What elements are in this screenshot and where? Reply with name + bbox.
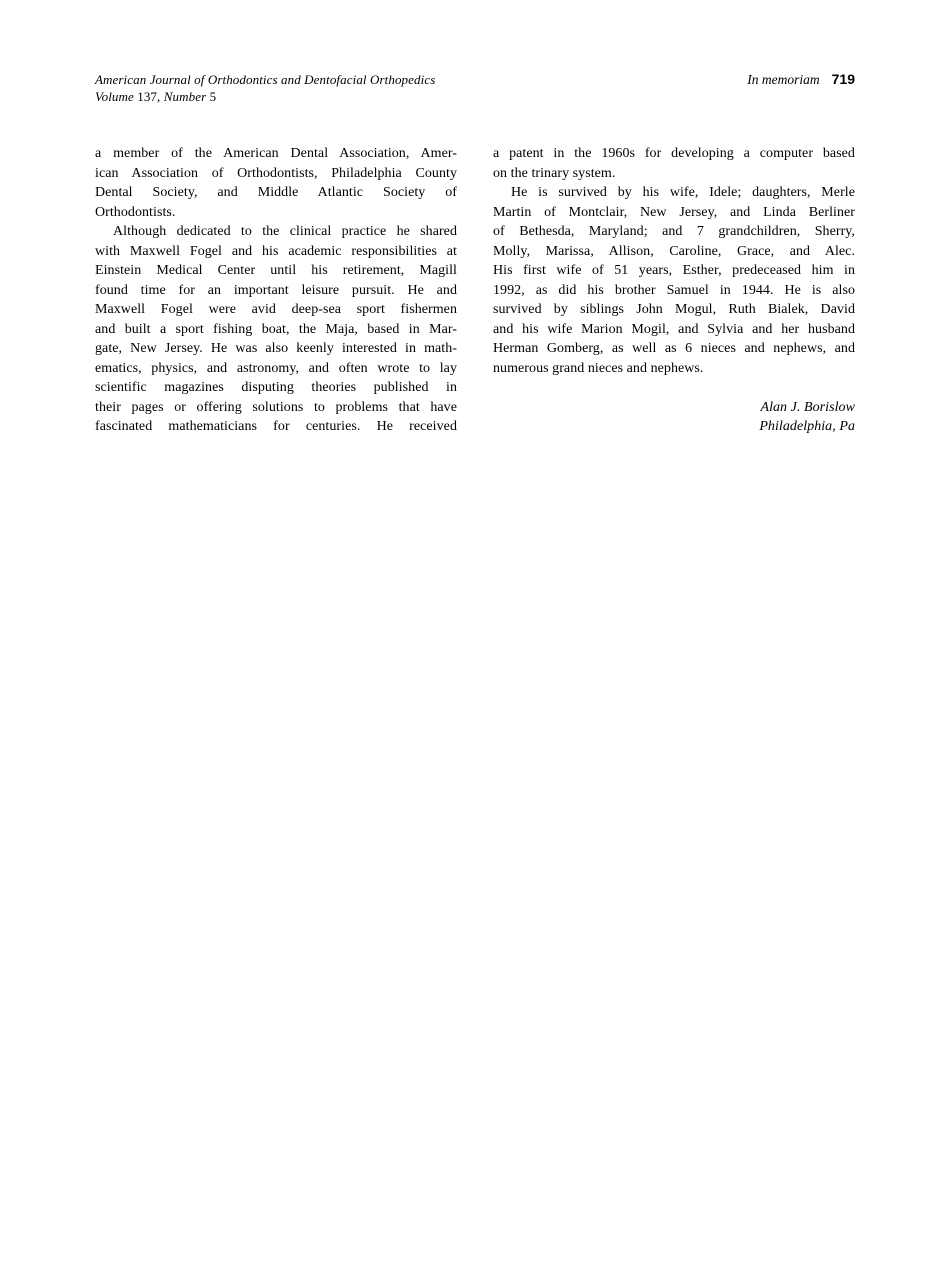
text-line: 1992, as did his brother Samuel in 1944.… [493, 281, 855, 301]
text-line: survived by siblings John Mogul, Ruth Bi… [493, 300, 855, 320]
number-word: Number [164, 89, 210, 104]
text-line: a patent in the 1960s for developing a c… [493, 144, 855, 164]
right-column: a patent in the 1960s for developing a c… [493, 144, 855, 437]
text-line: ematics, physics, and astronomy, and oft… [95, 359, 457, 379]
text-line: fascinated mathematicians for centuries.… [95, 417, 457, 437]
journal-page: American Journal of Orthodontics and Den… [0, 0, 950, 1272]
header-right: In memoriam719 [747, 71, 855, 89]
body-columns: a member of the American Dental Associat… [95, 144, 855, 437]
paragraph: Although dedicated to the clinical pract… [95, 222, 457, 437]
text-line: of Bethesda, Maryland; and 7 grandchildr… [493, 222, 855, 242]
author-signature: Alan J. BorislowPhiladelphia, Pa [493, 398, 855, 437]
text-line: found time for an important leisure purs… [95, 281, 457, 301]
signature-line: Alan J. Borislow [493, 398, 855, 418]
volume-number: 137, [137, 89, 164, 104]
text-line: Herman Gomberg, as well as 6 nieces and … [493, 339, 855, 359]
text-line: their pages or offering solutions to pro… [95, 398, 457, 418]
issue-number: 5 [210, 89, 217, 104]
text-line: Orthodontists. [95, 203, 457, 223]
page-number: 719 [832, 71, 855, 87]
text-line: Maxwell Fogel were avid deep-sea sport f… [95, 300, 457, 320]
text-line: Einstein Medical Center until his retire… [95, 261, 457, 281]
text-line: Dental Society, and Middle Atlantic Soci… [95, 183, 457, 203]
text-line: Martin of Montclair, New Jersey, and Lin… [493, 203, 855, 223]
volume-issue-line: Volume 137, Number 5 [95, 88, 435, 105]
section-label: In memoriam [747, 72, 819, 87]
text-line: and built a sport fishing boat, the Maja… [95, 320, 457, 340]
paragraph: a patent in the 1960s for developing a c… [493, 144, 855, 183]
text-line: His first wife of 51 years, Esther, pred… [493, 261, 855, 281]
text-line: Molly, Marissa, Allison, Caroline, Grace… [493, 242, 855, 262]
text-line: gate, New Jersey. He was also keenly int… [95, 339, 457, 359]
text-line: on the trinary system. [493, 164, 855, 184]
text-line: scientific magazines disputing theories … [95, 378, 457, 398]
paragraph: He is survived by his wife, Idele; daugh… [493, 183, 855, 378]
text-line: with Maxwell Fogel and his academic resp… [95, 242, 457, 262]
text-line: ican Association of Orthodontists, Phila… [95, 164, 457, 184]
journal-title: American Journal of Orthodontics and Den… [95, 71, 435, 88]
text-line: He is survived by his wife, Idele; daugh… [493, 183, 855, 203]
text-line: numerous grand nieces and nephews. [493, 359, 855, 379]
left-column: a member of the American Dental Associat… [95, 144, 457, 437]
text-line: and his wife Marion Mogil, and Sylvia an… [493, 320, 855, 340]
journal-info: American Journal of Orthodontics and Den… [95, 71, 435, 105]
text-line: a member of the American Dental Associat… [95, 144, 457, 164]
text-line: Although dedicated to the clinical pract… [95, 222, 457, 242]
volume-word: Volume [95, 89, 137, 104]
signature-line: Philadelphia, Pa [493, 417, 855, 437]
paragraph: a member of the American Dental Associat… [95, 144, 457, 222]
running-header: American Journal of Orthodontics and Den… [95, 71, 855, 105]
